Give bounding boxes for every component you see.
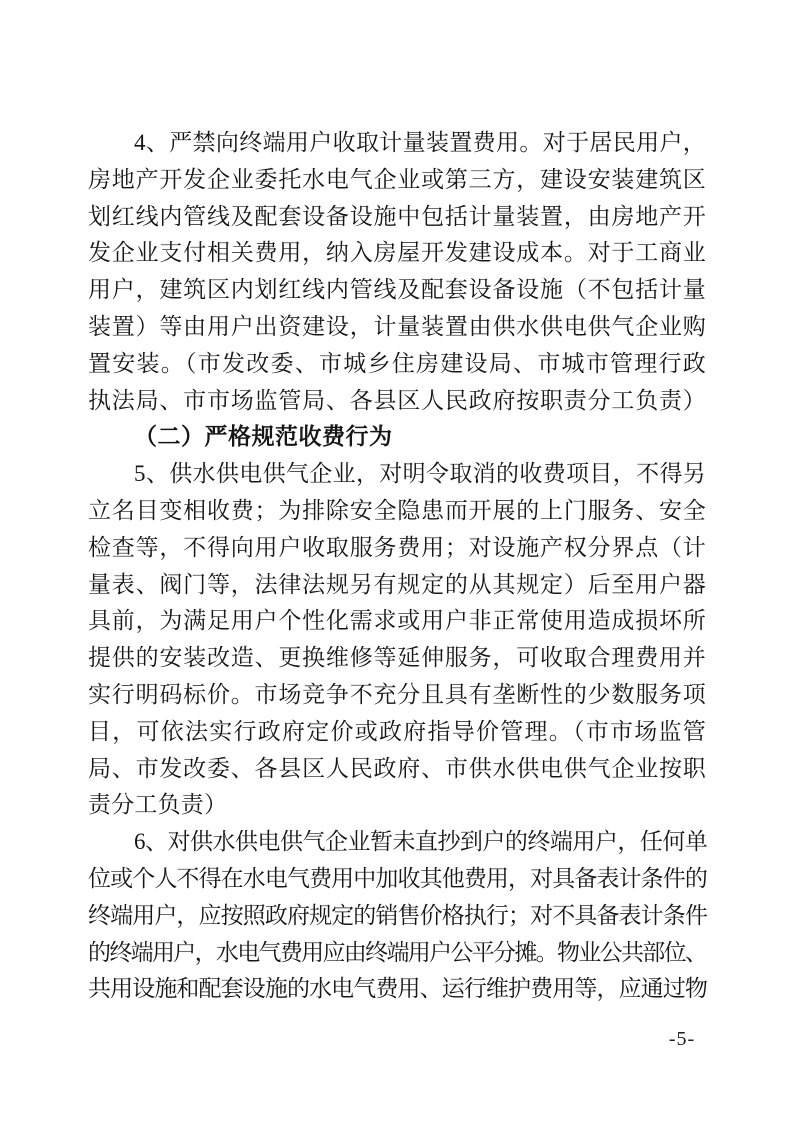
paragraph-5-line: 立名目变相收费；为排除安全隐患而开展的上门服务、安全 bbox=[88, 493, 706, 530]
paragraph-6-line: 位或个人不得在水电气费用中加收其他费用，对具备表计条件的 bbox=[88, 861, 706, 898]
paragraph-6-line: 终端用户，应按照政府规定的销售价格执行；对不具备表计条件 bbox=[88, 898, 706, 935]
paragraph-4-line: 用户，建筑区内划红线内管线及配套设备设施（不包括计量 bbox=[88, 272, 706, 309]
paragraph-5-line: 检查等，不得向用户收取服务费用；对设施产权分界点（计 bbox=[88, 530, 706, 567]
paragraph-5-line: 责分工负责） bbox=[88, 787, 706, 824]
paragraph-4-line: 执法局、市市场监管局、各县区人民政府按职责分工负责） bbox=[88, 383, 706, 420]
paragraph-4-line: 划红线内管线及配套设备设施中包括计量装置，由房地产开 bbox=[88, 199, 706, 236]
paragraph-5-line: 提供的安装改造、更换维修等延伸服务，可收取合理费用并 bbox=[88, 640, 706, 677]
paragraph-5-line: 目，可依法实行政府定价或政府指导价管理。（市市场监管 bbox=[88, 714, 706, 751]
paragraph-4-line: 装置）等由用户出资建设，计量装置由供水供电供气企业购 bbox=[88, 309, 706, 346]
paragraph-5-line: 5、供水供电供气企业，对明令取消的收费项目，不得另 bbox=[88, 456, 706, 493]
document-page: 4、严禁向终端用户收取计量装置费用。对于居民用户， 房地产开发企业委托水电气企业… bbox=[0, 0, 793, 1122]
paragraph-6-line: 共用设施和配套设施的水电气费用、运行维护费用等，应通过物 bbox=[88, 971, 706, 1008]
paragraph-4-line: 房地产开发企业委托水电气企业或第三方，建设安装建筑区 bbox=[88, 162, 706, 199]
paragraph-4-line: 发企业支付相关费用，纳入房屋开发建设成本。对于工商业 bbox=[88, 235, 706, 272]
paragraph-5-line: 局、市发改委、各县区人民政府、市供水供电供气企业按职 bbox=[88, 751, 706, 788]
paragraph-5-line: 具前，为满足用户个性化需求或用户非正常使用造成损坏所 bbox=[88, 603, 706, 640]
paragraph-4-line: 置安装。（市发改委、市城乡住房建设局、市城市管理行政 bbox=[88, 346, 706, 383]
page-number: -5- bbox=[652, 1026, 712, 1052]
paragraph-6-line: 的终端用户，水电气费用应由终端用户公平分摊。物业公共部位、 bbox=[88, 935, 706, 972]
paragraph-5-line: 实行明码标价。市场竞争不充分且具有垄断性的少数服务项 bbox=[88, 677, 706, 714]
document-body: 4、严禁向终端用户收取计量装置费用。对于居民用户， 房地产开发企业委托水电气企业… bbox=[88, 125, 706, 1008]
paragraph-5-line: 量表、阀门等，法律法规另有规定的从其规定）后至用户器 bbox=[88, 567, 706, 604]
section-heading: （二）严格规范收费行为 bbox=[88, 419, 706, 456]
paragraph-4-line: 4、严禁向终端用户收取计量装置费用。对于居民用户， bbox=[88, 125, 706, 162]
paragraph-6-line: 6、对供水供电供气企业暂未直抄到户的终端用户，任何单 bbox=[88, 824, 706, 861]
